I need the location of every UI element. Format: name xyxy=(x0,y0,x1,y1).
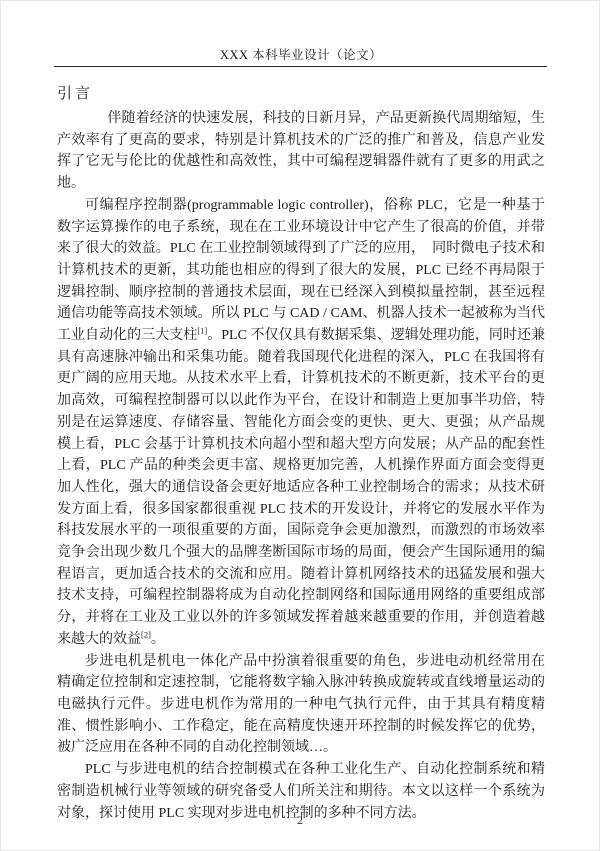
paragraph-plc-text-2: 。PLC 不仅仅具有数据采集、逻辑处理功能，同时还兼具有高速脉冲输出和采集功能。… xyxy=(57,328,545,647)
paragraph-plc-text-1: 可编程序控制器(programmable logic controller)，俗… xyxy=(57,198,545,343)
page-header: XXX 本科毕业设计（论文） xyxy=(57,45,545,67)
page-footer: 2 xyxy=(1,813,599,828)
paragraph-intro: 伴随着经济的快速发展，科技的日新月异，产品更新换代周期缩短，生产效率有了更高的要… xyxy=(57,108,545,195)
paragraph-stepper-motor: 步进电机是机电一体化产品中扮演着很重要的角色，步进电动机经常用在精确定位控制和定… xyxy=(57,651,545,760)
citation-ref-2: [2] xyxy=(141,629,151,639)
paragraph-plc-text-3: 。 xyxy=(151,632,165,647)
header-rule xyxy=(54,66,547,67)
page-number: 2 xyxy=(297,813,303,827)
header-title: XXX 本科毕业设计（论文） xyxy=(57,45,545,63)
paragraph-plc: 可编程序控制器(programmable logic controller)，俗… xyxy=(57,195,545,651)
citation-ref-1: [1] xyxy=(197,325,207,335)
section-heading: 引言 xyxy=(57,82,545,103)
document-page: XXX 本科毕业设计（论文） 引言 伴随着经济的快速发展，科技的日新月异，产品更… xyxy=(0,0,600,851)
